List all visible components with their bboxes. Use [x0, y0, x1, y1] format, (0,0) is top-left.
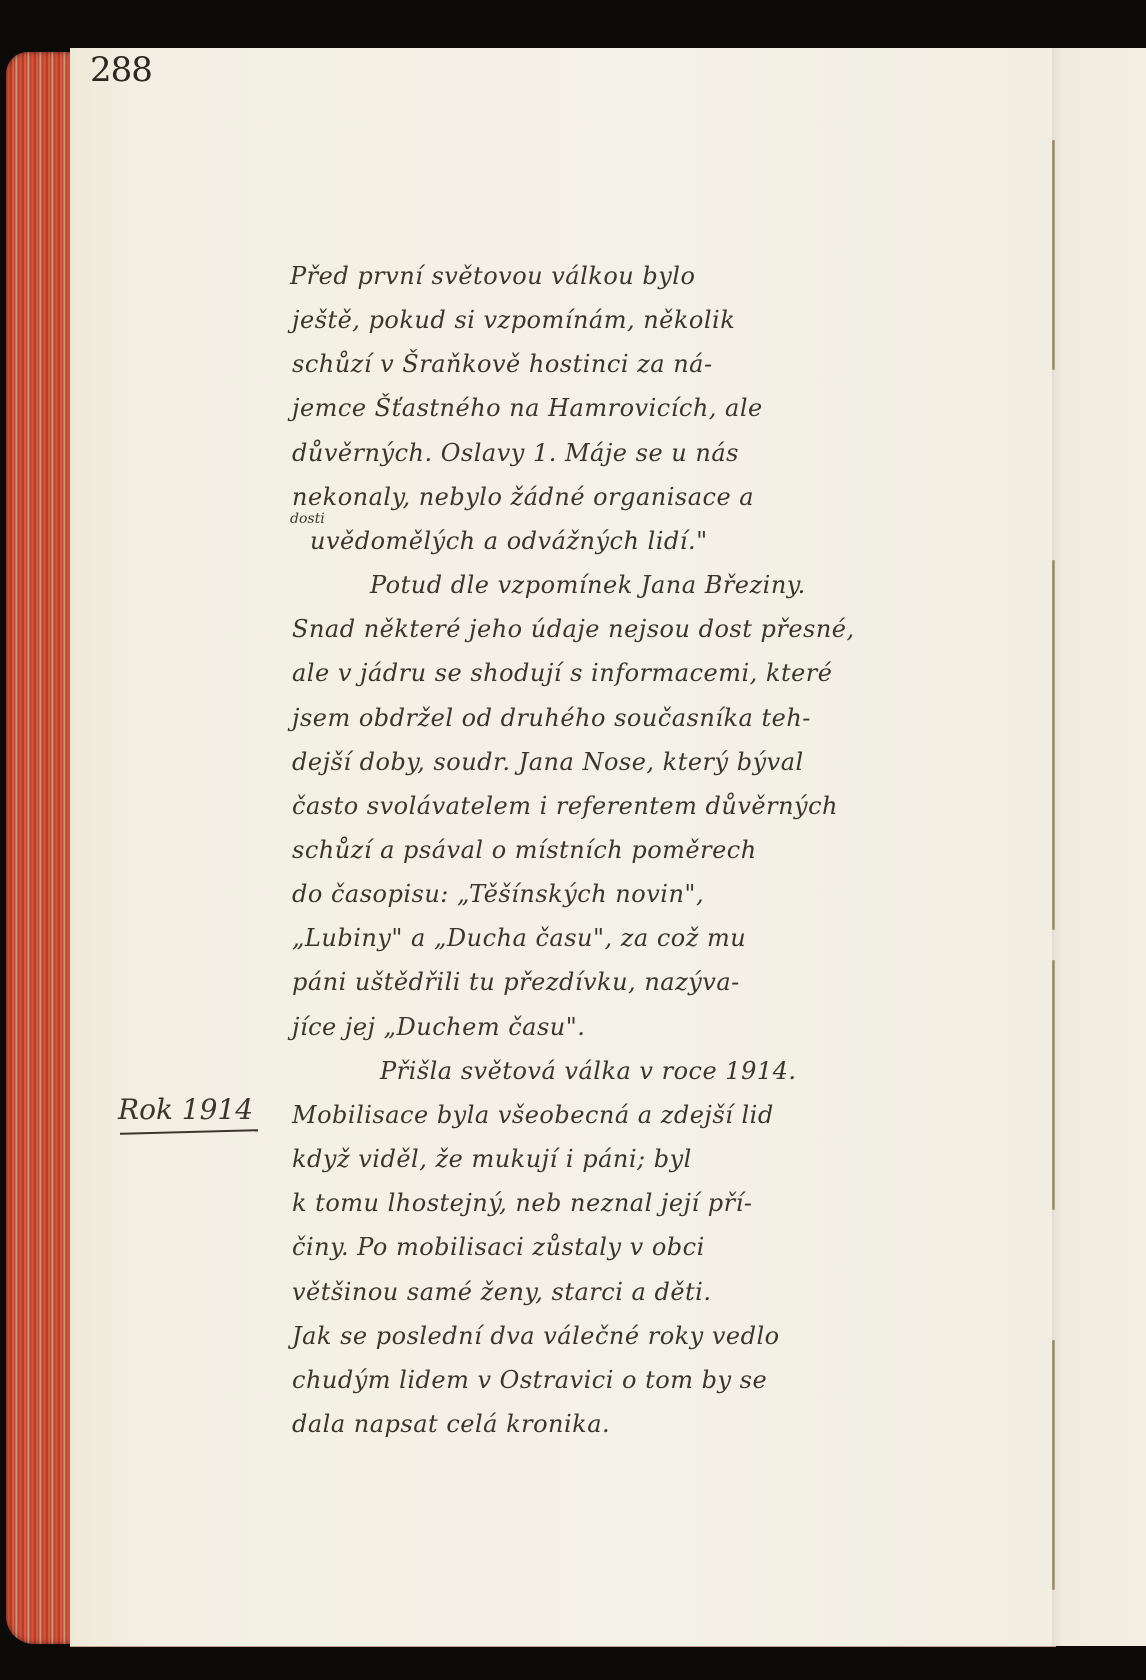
binding-thread	[1052, 140, 1055, 370]
text-line: ale v jádru se shodují s informacemi, kt…	[292, 659, 832, 687]
text-line: nekonaly, nebylo žádné organisace a	[292, 483, 754, 511]
red-page-edges	[6, 52, 76, 1644]
right-page-edge	[1052, 48, 1146, 1646]
text-line: do časopisu: „Těšínských novin",	[292, 880, 704, 908]
text-line: často svolávatelem i referentem důvěrnýc…	[292, 792, 838, 820]
text-line: důvěrných. Oslavy 1. Máje se u nás	[292, 439, 739, 467]
text-line: Snad některé jeho údaje nejsou dost přes…	[292, 615, 855, 643]
text-line: Přišla světová válka v roce 1914.	[380, 1057, 797, 1085]
page-number: 288	[90, 50, 152, 90]
margin-note-year: Rok 1914	[118, 1093, 253, 1126]
text-line: jsem obdržel od druhého současníka teh-	[292, 704, 811, 732]
text-line: dala napsat celá kronika.	[292, 1410, 610, 1438]
text-line: schůzí v Šraňkově hostinci za ná-	[292, 350, 713, 378]
text-line: schůzí a psával o místních poměrech	[292, 836, 757, 864]
text-line: Mobilisace byla všeobecná a zdejší lid	[292, 1101, 774, 1129]
binding-thread	[1052, 560, 1055, 930]
text-line: Před první světovou válkou bylo	[290, 262, 695, 290]
text-line: většinou samé ženy, starci a děti.	[292, 1278, 711, 1306]
text-line: páni uštědřili tu přezdívku, nazýva-	[292, 968, 740, 996]
text-line: činy. Po mobilisaci zůstaly v obci	[292, 1233, 705, 1261]
text-line: dejší doby, soudr. Jana Nose, který býva…	[292, 748, 804, 776]
text-line: když viděl, že mukují i páni; byl	[292, 1145, 692, 1173]
text-line: jemce Šťastného na Hamrovicích, ale	[292, 394, 763, 422]
insertion-note: dosti	[290, 511, 325, 527]
text-line: chudým lidem v Ostravici o tom by se	[292, 1366, 767, 1394]
text-line: Potud dle vzpomínek Jana Březiny.	[370, 571, 806, 599]
text-line: Jak se poslední dva válečné roky vedlo	[292, 1322, 780, 1350]
text-line: jíce jej „Duchem času".	[292, 1013, 585, 1041]
text-line: uvědomělých a odvážných lidí."	[310, 527, 708, 555]
binding-thread	[1052, 1340, 1055, 1590]
text-line: k tomu lhostejný, neb neznal její pří-	[292, 1189, 752, 1217]
text-line: „Lubiny" a „Ducha času", za což mu	[292, 924, 746, 952]
text-line: ještě, pokud si vzpomínám, několik	[292, 306, 735, 334]
binding-thread	[1052, 960, 1055, 1210]
